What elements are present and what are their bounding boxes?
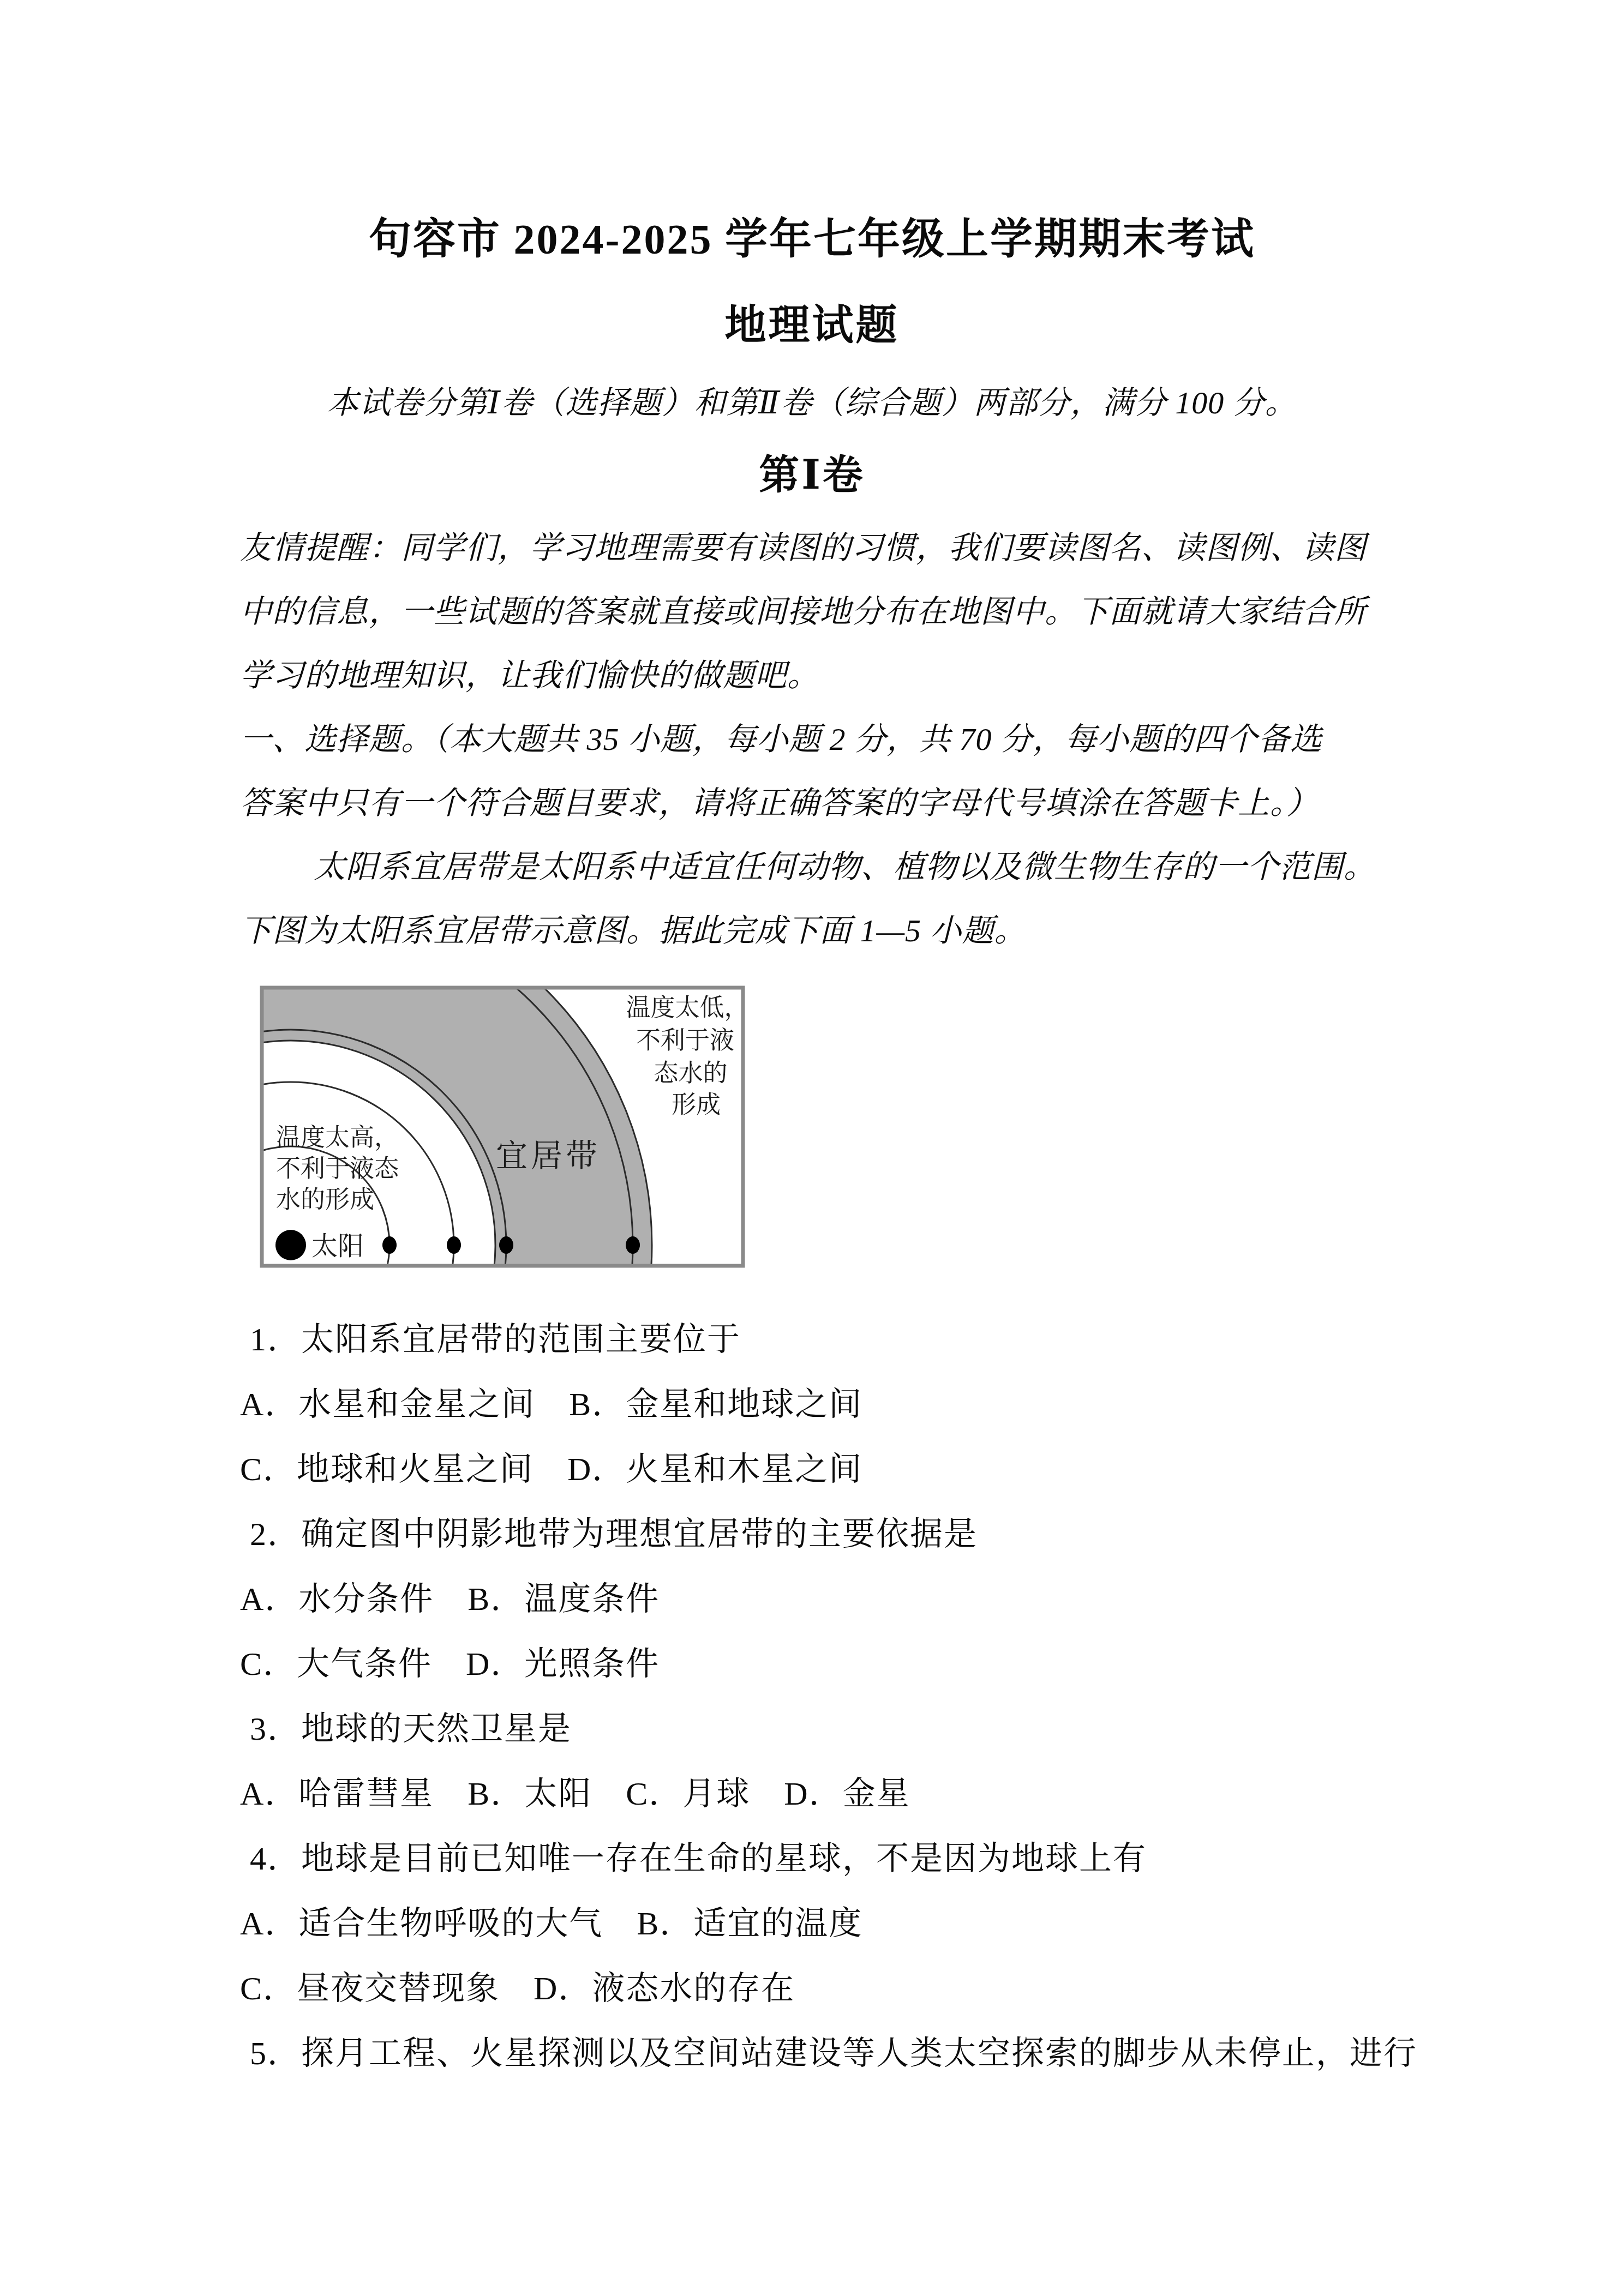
- sun-label: 太阳: [311, 1232, 364, 1261]
- question-4-options-cd: C．昼夜交替现象 D．液态水的存在: [240, 1970, 1407, 2008]
- exam-info: 本试卷分第Ⅰ卷（选择题）和第Ⅱ卷（综合题）两部分，满分 100 分。: [0, 385, 1624, 422]
- too-hot-note-line: 温度太高，: [276, 1124, 399, 1151]
- question-1-text: 1．太阳系宜居带的范围主要位于: [240, 1321, 1417, 1359]
- question-1-options-cd: C．地球和火星之间 D．火星和木星之间: [240, 1451, 1407, 1488]
- question-2-text: 2．确定图中阴影地带为理想宜居带的主要依据是: [240, 1516, 1417, 1553]
- too-cold-note-line: 不利于液: [636, 1027, 734, 1054]
- habitable-zone-figure: 太阳 宜居带 温度太高， 不利于液态 水的形成 温度太低， 不利于液 态水的 形…: [260, 985, 745, 1268]
- passage-line: 下图为太阳系宜居带示意图。据此完成下面 1—5 小题。: [240, 913, 1407, 949]
- section-heading: 第Ⅰ卷: [0, 453, 1624, 499]
- planet-dot: [626, 1236, 640, 1254]
- question-5-text: 5．探月工程、火星探测以及空间站建设等人类太空探索的脚步从未停止，进行: [240, 2035, 1417, 2072]
- question-2-options-ab: A．水分条件 B．温度条件: [240, 1580, 1407, 1618]
- too-cold-note-line: 温度太低，: [626, 994, 745, 1021]
- too-cold-note-line: 态水的: [654, 1060, 727, 1087]
- friendly-note-line: 学习的地理知识，让我们愉快的做题吧。: [240, 658, 1407, 694]
- friendly-note-line: 友情提醒：同学们，学习地理需要有读图的习惯，我们要读图名、读图例、读图: [240, 530, 1407, 567]
- planet-dot: [382, 1236, 397, 1254]
- planet-dot: [499, 1236, 513, 1254]
- choice-section-instruction-line: 答案中只有一个符合题目要求，请将正确答案的字母代号填涂在答题卡上。）: [240, 785, 1407, 822]
- question-3-options: A．哈雷彗星 B．太阳 C．月球 D．金星: [240, 1775, 1407, 1813]
- friendly-note-line: 中的信息，一些试题的答案就直接或间接地分布在地图中。下面就请大家结合所: [240, 594, 1407, 630]
- habitable-zone-label: 宜居带: [496, 1138, 601, 1174]
- habitable-zone-diagram: 太阳 宜居带 温度太高， 不利于液态 水的形成 温度太低， 不利于液 态水的 形…: [260, 985, 745, 1268]
- passage-line: 太阳系宜居带是太阳系中适宜任何动物、植物以及微生物生存的一个范围。: [240, 849, 1481, 886]
- question-1-options-ab: A．水星和金星之间 B．金星和地球之间: [240, 1386, 1407, 1423]
- question-3-text: 3．地球的天然卫星是: [240, 1710, 1417, 1748]
- exam-title: 句容市 2024-2025 学年七年级上学期期末考试: [0, 215, 1624, 264]
- sun-dot: [275, 1230, 306, 1260]
- exam-document-page: 句容市 2024-2025 学年七年级上学期期末考试 地理试题 本试卷分第Ⅰ卷（…: [0, 0, 1624, 2296]
- too-hot-note-line: 不利于液态: [276, 1155, 399, 1182]
- question-4-options-ab: A．适合生物呼吸的大气 B．适宜的温度: [240, 1905, 1407, 1943]
- choice-section-instruction-line: 一、选择题。（本大题共 35 小题，每小题 2 分，共 70 分，每小题的四个备…: [240, 722, 1407, 758]
- too-cold-note-line: 形成: [672, 1091, 721, 1119]
- exam-subject: 地理试题: [0, 302, 1624, 350]
- planet-dot: [447, 1236, 461, 1254]
- question-4-text: 4．地球是目前已知唯一存在生命的星球，不是因为地球上有: [240, 1840, 1417, 1878]
- too-hot-note-line: 水的形成: [276, 1186, 374, 1213]
- question-2-options-cd: C．大气条件 D．光照条件: [240, 1645, 1407, 1683]
